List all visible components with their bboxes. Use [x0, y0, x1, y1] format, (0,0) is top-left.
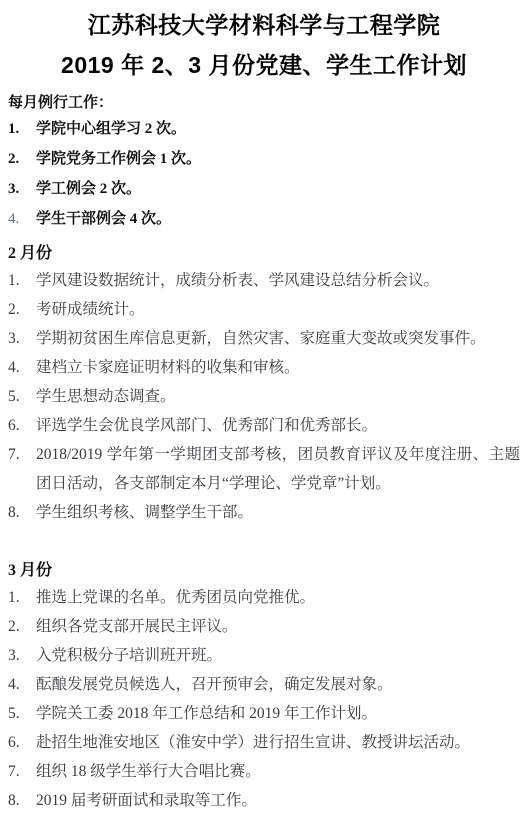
routine-work-heading: 每月例行工作： [8, 92, 520, 114]
list-item: 4. 建档立卡家庭证明材料的收集和审核。 [8, 353, 520, 382]
list-item-text: 入党积极分子培训班开班。 [36, 641, 520, 670]
list-item-number: 2. [8, 295, 36, 324]
list-item-number: 7. [8, 440, 36, 469]
list-item: 3. 学期初贫困生库信息更新，自然灾害、家庭重大变故或突发事件。 [8, 324, 520, 353]
list-item-text: 学期初贫困生库信息更新，自然灾害、家庭重大变故或突发事件。 [36, 324, 520, 353]
list-item-number: 7. [8, 757, 36, 786]
march-list: 1. 推选上党课的名单。优秀团员向党推优。 2. 组织各党支部开展民主评议。 3… [8, 583, 520, 815]
list-item-text: 考研成绩统计。 [36, 295, 520, 324]
list-item-text: 学院关工委 2018 年工作总结和 2019 年工作计划。 [36, 699, 520, 728]
list-item-number: 1. [8, 266, 36, 295]
list-item-text: 评选学生会优良学风部门、优秀部门和优秀部长。 [36, 411, 520, 440]
list-item-number: 5. [8, 699, 36, 728]
list-item: 2. 组织各党支部开展民主评议。 [8, 612, 520, 641]
list-item: 4. 学生干部例会 4 次。 [8, 204, 520, 234]
list-item-number: 3. [8, 174, 36, 204]
list-item-text: 组织 18 级学生举行大合唱比赛。 [36, 757, 520, 786]
list-item: 4. 酝酿发展党员候选人，召开预审会，确定发展对象。 [8, 670, 520, 699]
list-item-text: 建档立卡家庭证明材料的收集和审核。 [36, 353, 520, 382]
list-item-text: 2019 届考研面试和录取等工作。 [36, 786, 520, 815]
list-item-number: 1. [8, 114, 36, 144]
list-item-text: 学风建设数据统计，成绩分析表、学风建设总结分析会议。 [36, 266, 520, 295]
list-item: 2. 学院党务工作例会 1 次。 [8, 144, 520, 174]
document-page: 江苏科技大学材料科学与工程学院 2019 年 2、3 月份党建、学生工作计划 每… [0, 0, 528, 816]
list-item-number: 4. [8, 670, 36, 699]
list-item-number: 4. [8, 353, 36, 382]
list-item-text: 学院党务工作例会 1 次。 [36, 144, 520, 174]
list-item-number: 8. [8, 498, 36, 527]
list-item-text: 2018/2019 学年第一学期团支部考核，团员教育评议及年度注册、主题团日活动… [36, 440, 520, 498]
list-item-number: 4. [8, 204, 36, 234]
routine-work-list: 1. 学院中心组学习 2 次。 2. 学院党务工作例会 1 次。 3. 学工例会… [8, 114, 520, 234]
list-item: 1. 学院中心组学习 2 次。 [8, 114, 520, 144]
list-item-number: 6. [8, 411, 36, 440]
list-item-text: 学工例会 2 次。 [36, 174, 520, 204]
list-item: 7. 2018/2019 学年第一学期团支部考核，团员教育评议及年度注册、主题团… [8, 440, 520, 498]
march-heading: 3 月份 [8, 559, 520, 583]
list-item-number: 6. [8, 728, 36, 757]
list-item-number: 2. [8, 144, 36, 174]
list-item-text: 酝酿发展党员候选人，召开预审会，确定发展对象。 [36, 670, 520, 699]
list-item: 7. 组织 18 级学生举行大合唱比赛。 [8, 757, 520, 786]
list-item: 5. 学生思想动态调查。 [8, 382, 520, 411]
document-title-line1: 江苏科技大学材料科学与工程学院 [8, 8, 520, 42]
list-item-text: 学生思想动态调查。 [36, 382, 520, 411]
list-item: 6. 评选学生会优良学风部门、优秀部门和优秀部长。 [8, 411, 520, 440]
list-item: 8. 2019 届考研面试和录取等工作。 [8, 786, 520, 815]
february-heading: 2 月份 [8, 242, 520, 266]
list-item: 1. 推选上党课的名单。优秀团员向党推优。 [8, 583, 520, 612]
list-item-text: 学院中心组学习 2 次。 [36, 114, 520, 144]
list-item-number: 1. [8, 583, 36, 612]
list-item-number: 3. [8, 324, 36, 353]
list-item-text: 学生干部例会 4 次。 [36, 204, 520, 234]
list-item-number: 2. [8, 612, 36, 641]
list-item-number: 3. [8, 641, 36, 670]
list-item: 2. 考研成绩统计。 [8, 295, 520, 324]
document-title-line2: 2019 年 2、3 月份党建、学生工作计划 [8, 48, 520, 82]
list-item-text: 组织各党支部开展民主评议。 [36, 612, 520, 641]
list-item: 3. 入党积极分子培训班开班。 [8, 641, 520, 670]
list-item-text: 学生组织考核、调整学生干部。 [36, 498, 520, 527]
list-item: 1. 学风建设数据统计，成绩分析表、学风建设总结分析会议。 [8, 266, 520, 295]
list-item-number: 5. [8, 382, 36, 411]
list-item: 5. 学院关工委 2018 年工作总结和 2019 年工作计划。 [8, 699, 520, 728]
list-item: 6. 赴招生地淮安地区（淮安中学）进行招生宣讲、教授讲坛活动。 [8, 728, 520, 757]
list-item-text: 赴招生地淮安地区（淮安中学）进行招生宣讲、教授讲坛活动。 [36, 728, 520, 757]
list-item: 8. 学生组织考核、调整学生干部。 [8, 498, 520, 527]
list-item-number: 8. [8, 786, 36, 815]
list-item-text: 推选上党课的名单。优秀团员向党推优。 [36, 583, 520, 612]
february-list: 1. 学风建设数据统计，成绩分析表、学风建设总结分析会议。 2. 考研成绩统计。… [8, 266, 520, 527]
list-item: 3. 学工例会 2 次。 [8, 174, 520, 204]
